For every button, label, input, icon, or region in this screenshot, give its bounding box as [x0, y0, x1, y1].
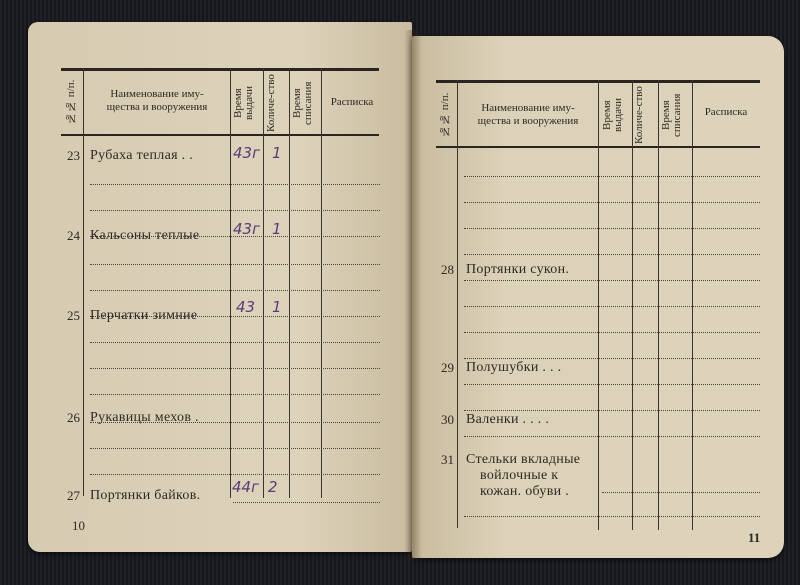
item-number: 27	[58, 488, 80, 504]
header-issue-time: Время выдачи	[602, 86, 628, 144]
header-writeoff-time: Время списания	[292, 74, 318, 132]
dotted-row	[464, 384, 760, 385]
dotted-row	[464, 436, 760, 437]
header-name-line1: Наименование иму-	[86, 88, 228, 101]
dotted-row	[464, 254, 760, 255]
dotted-row	[233, 502, 380, 503]
item-name: Кальсоны теплые	[90, 228, 199, 244]
spine-shadow	[404, 30, 422, 560]
dotted-row	[90, 394, 380, 395]
dotted-row	[90, 290, 380, 291]
column-divider	[230, 68, 231, 498]
column-divider	[83, 68, 84, 496]
dotted-row	[464, 202, 760, 203]
dotted-row	[464, 358, 760, 359]
page-number: 11	[748, 530, 760, 546]
issued-handwritten: 43г	[233, 144, 260, 162]
item-name-line2-text: войлочные к	[480, 468, 558, 483]
column-divider	[321, 68, 322, 498]
column-divider	[457, 80, 458, 528]
dotted-row	[464, 516, 760, 517]
issued-handwritten: 43	[236, 298, 255, 316]
dotted-row	[90, 342, 380, 343]
right-page: №№ п/п. Наименование иму- щества и воору…	[412, 36, 784, 558]
issued-handwritten: 43г	[233, 220, 260, 238]
header-name: Наименование иму- щества и вооружения	[460, 102, 596, 128]
header-receipt: Расписка	[324, 96, 380, 109]
item-number: 29	[432, 360, 454, 376]
dotted-row	[464, 410, 760, 411]
item-name-line2: войлочные к	[480, 468, 596, 484]
item-number: 31	[432, 452, 454, 468]
header-name: Наименование иму- щества и вооружения	[86, 88, 228, 114]
column-divider	[598, 80, 599, 530]
header-name-line1: Наименование иму-	[460, 102, 596, 115]
item-number: 25	[58, 308, 80, 324]
dotted-row	[464, 332, 760, 333]
quantity-handwritten: 1	[272, 298, 282, 316]
header-quantity: Количе-ство	[634, 86, 656, 144]
dotted-row	[464, 306, 760, 307]
dotted-row	[90, 210, 380, 211]
item-name: Рубаха теплая . .	[90, 148, 193, 164]
item-number: 30	[432, 412, 454, 428]
dotted-row	[464, 228, 760, 229]
quantity-handwritten: 1	[272, 220, 282, 238]
header-receipt: Расписка	[695, 106, 757, 119]
item-number: 26	[58, 410, 80, 426]
item-name-line1: Стельки вкладные	[466, 452, 580, 468]
item-number: 24	[58, 228, 80, 244]
dotted-row	[90, 184, 380, 185]
dotted-row	[464, 280, 760, 281]
issued-handwritten: 44г	[232, 478, 259, 496]
header-writeoff-time: Время списания	[661, 86, 689, 144]
column-divider	[632, 80, 633, 530]
dotted-row	[90, 474, 380, 475]
column-divider	[658, 80, 659, 530]
page-number: 10	[72, 518, 85, 534]
item-number: 23	[58, 148, 80, 164]
header-top-rule	[61, 68, 379, 71]
item-name-line3: кожан. обуви .	[480, 484, 569, 500]
dotted-row	[90, 264, 380, 265]
quantity-handwritten: 1	[272, 144, 282, 162]
column-divider	[692, 80, 693, 530]
item-name: Рукавицы мехов .	[90, 410, 199, 426]
header-name-line2: щества и вооружения	[86, 101, 228, 114]
booklet: №№ п/п. Наименование иму- щества и воору…	[28, 22, 784, 562]
header-number: №№ п/п.	[440, 88, 451, 142]
dotted-row	[464, 176, 760, 177]
left-page: №№ п/п. Наименование иму- щества и воору…	[28, 22, 412, 552]
header-name-line2: щества и вооружения	[460, 115, 596, 128]
dotted-row	[90, 368, 380, 369]
item-name: Портянки байков.	[90, 488, 200, 504]
column-divider	[263, 68, 264, 498]
item-number: 28	[432, 262, 454, 278]
quantity-handwritten: 2	[268, 478, 278, 496]
item-name: Валенки . . . .	[466, 412, 549, 428]
header-bottom-rule	[61, 134, 379, 136]
item-name: Портянки сукон.	[466, 262, 569, 278]
header-number: №№ п/п.	[66, 74, 77, 130]
item-name: Полушубки . . .	[466, 360, 561, 376]
item-name: Перчатки зимние	[90, 308, 197, 324]
dotted-row	[90, 448, 380, 449]
header-issue-time: Время выдачи	[233, 74, 259, 132]
column-divider	[289, 68, 290, 498]
header-quantity: Количе-ство	[266, 74, 288, 132]
dotted-row	[602, 492, 760, 493]
